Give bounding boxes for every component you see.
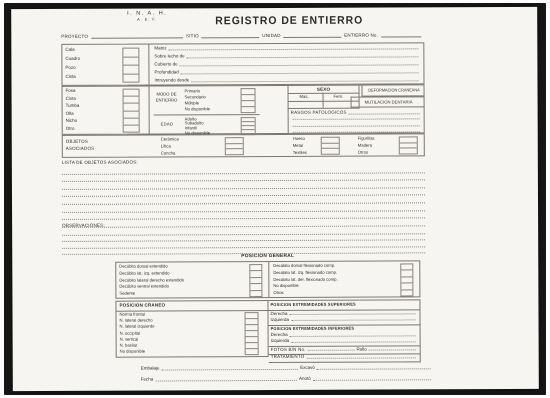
madera-label: Madera bbox=[358, 143, 372, 147]
dotted-line bbox=[313, 378, 431, 381]
sobre-lecho-label: Sobre lecho de bbox=[154, 54, 184, 59]
divider bbox=[148, 45, 149, 85]
extremidades-inf-title: POSICION EXTREMIDADES INFERIORES bbox=[271, 326, 355, 331]
ceramica-label: Cerámica bbox=[161, 137, 179, 141]
dotted-line bbox=[169, 47, 419, 50]
secundario-label: Secundario bbox=[185, 95, 206, 99]
dotted-line bbox=[291, 319, 415, 322]
cubierto-label: Cubierto de bbox=[154, 62, 177, 67]
pozo-label: Pozo bbox=[65, 66, 75, 71]
pg-right-3: Decúbito lat. der. flexionado comp. bbox=[273, 277, 337, 281]
tumba-label: Tumba bbox=[66, 104, 80, 109]
dotted-line bbox=[369, 348, 416, 350]
form-title: REGISTRO DE ENTIERRO bbox=[175, 14, 403, 27]
extremidades-box: POSICION EXTREMIDADES SUPERIORES Derecha… bbox=[268, 299, 420, 363]
lista-objetos-label: LISTA DE OBJETOS ASOCIADOS: bbox=[62, 161, 138, 166]
pg-left-4: Decúbito ventral extendido bbox=[119, 285, 169, 289]
pc-item-2: N. lateral derecho bbox=[120, 319, 153, 323]
pc-item-6: N. basilar bbox=[120, 344, 138, 348]
proyecto-line bbox=[91, 36, 183, 38]
org-block: I. N. A. H. A. E. F. bbox=[115, 10, 179, 21]
sexo-fem-label: Fem. bbox=[334, 95, 344, 99]
dotted-line bbox=[293, 124, 420, 127]
dotted-line bbox=[308, 349, 355, 351]
sitio-label: SITIO bbox=[186, 34, 199, 39]
derecha-label: Derecha bbox=[271, 333, 288, 338]
objetos-label-1: OBJETOS bbox=[66, 140, 88, 145]
metal-label: Metal bbox=[293, 144, 303, 148]
sitio-line bbox=[202, 36, 259, 38]
intruyendo-label: Intruyendo desde bbox=[154, 78, 189, 83]
matriz-label: Matriz bbox=[154, 46, 166, 51]
otros-label: Otros bbox=[358, 150, 368, 154]
sexo-label: SEXO bbox=[288, 87, 360, 92]
cista2-label: Cista bbox=[66, 97, 76, 102]
posicion-general-title: POSICION GENERAL bbox=[115, 253, 420, 259]
dotted-line bbox=[273, 360, 416, 363]
lista-objetos-lines bbox=[62, 165, 425, 227]
dotted-line bbox=[290, 334, 416, 337]
burial-attributes-box: Fosa Cista Tumba Olla Nicho Otro MODO DE… bbox=[62, 84, 425, 135]
mutilacion-label: MUTILACION DENTARIA bbox=[352, 100, 426, 105]
rasgos-line bbox=[291, 124, 422, 128]
tratamiento-line bbox=[271, 360, 418, 364]
checkbox-ladder bbox=[399, 136, 418, 154]
litica-label: Lítica bbox=[161, 144, 171, 148]
pg-left-3: Decúbito lateral derecho extendido bbox=[119, 278, 184, 282]
dotted-line bbox=[155, 378, 297, 381]
sexo-mas-label: Mas. bbox=[300, 95, 309, 99]
checkbox-ladder bbox=[400, 263, 413, 296]
footer-row-1: Embalaje Excavó bbox=[141, 365, 433, 371]
checkbox-ladder bbox=[249, 264, 262, 297]
dotted-line bbox=[181, 71, 419, 74]
unidad-label: UNIDAD bbox=[262, 34, 280, 39]
edad-label: EDAD bbox=[161, 122, 173, 126]
observaciones-label: OBSERVACIONES: bbox=[62, 224, 105, 229]
dotted-line bbox=[62, 219, 425, 228]
matriz-row: Matriz bbox=[154, 45, 420, 51]
multiple-label: Múltiple bbox=[185, 101, 199, 105]
dotted-line bbox=[191, 79, 418, 82]
cala-label: Cala bbox=[65, 48, 74, 53]
divider bbox=[154, 114, 260, 115]
pg-left-1: Decúbito dorsal extendido bbox=[119, 264, 167, 268]
form-page: I. N. A. H. A. E. F. REGISTRO DE ENTIERR… bbox=[11, 7, 539, 391]
rasgos-row: RASGOS PATOLOGICOS bbox=[291, 110, 422, 115]
dotted-line bbox=[291, 340, 415, 343]
proyecto-label: PROYECTO bbox=[61, 35, 88, 40]
primario-label: Primario bbox=[185, 89, 201, 93]
org-subname: A. E. F. bbox=[115, 17, 179, 22]
cista-label: Cista bbox=[65, 75, 75, 80]
entierro-no-label: ENTIERRO No. bbox=[344, 34, 378, 39]
posicion-craneo-box: POSICION CRANEO Norma frontal N. lateral… bbox=[115, 300, 268, 358]
provenience-box: Cala Cuadro Pozo Cista Matriz Sobre lech… bbox=[61, 42, 424, 86]
intruyendo-row: Intruyendo desde bbox=[154, 77, 420, 83]
pc-item-1: Norma frontal bbox=[119, 313, 144, 317]
dotted-line bbox=[349, 112, 420, 114]
sobre-lecho-row: Sobre lecho de bbox=[154, 53, 420, 59]
cubierto-row: Cubierto de bbox=[154, 61, 420, 67]
pg-left-2: Decúbito lat. izq. extendido bbox=[119, 271, 169, 275]
posicion-craneo-title: POSICION CRANEO bbox=[119, 303, 165, 308]
rasgos-label: RASGOS PATOLOGICOS bbox=[291, 111, 347, 116]
tratamiento-row: TRATAMIENTO bbox=[271, 354, 418, 359]
pg-left-5: Sedente bbox=[119, 292, 135, 296]
scanned-screenshot: I. N. A. H. A. E. F. REGISTRO DE ENTIERR… bbox=[0, 0, 550, 398]
divider bbox=[288, 100, 360, 101]
figurillas-label: Figurillas bbox=[358, 137, 375, 141]
pc-item-5: N. vertical bbox=[120, 337, 139, 341]
unidad-line bbox=[284, 35, 341, 37]
deformacion-box: DEFORMACION CRANEANA bbox=[362, 85, 425, 96]
tratamiento-label: TRATAMIENTO bbox=[271, 355, 305, 360]
objetos-label-2: ASOCIADOS bbox=[66, 147, 95, 152]
pc-item-3: N. lateral izquierdo bbox=[120, 325, 155, 329]
embalaje-label: Embalaje bbox=[141, 367, 160, 372]
olla-label: Olla bbox=[66, 112, 74, 117]
posicion-general-box: Decúbito dorsal extendido Decúbito lat. … bbox=[115, 260, 420, 298]
izquierda-label: Izquierda bbox=[271, 339, 290, 344]
checkbox-ladder bbox=[321, 137, 340, 155]
modo-nd-label: No disponible bbox=[185, 107, 210, 111]
checkbox-ladder bbox=[123, 89, 140, 133]
checkbox-ladder bbox=[241, 117, 256, 135]
profundidad-row: Profundidad bbox=[154, 69, 420, 75]
nicho-label: Nicho bbox=[66, 119, 78, 124]
entierro-no-line bbox=[381, 35, 421, 37]
rollo-label: Rollo bbox=[357, 347, 367, 352]
pc-item-4: N. occipital bbox=[120, 331, 141, 335]
rasgos-line bbox=[291, 117, 422, 121]
fosa-label: Fosa bbox=[66, 89, 76, 94]
divider bbox=[268, 262, 269, 297]
derecha-label: Derecha bbox=[270, 311, 287, 316]
objetos-asociados-box: OBJETOS ASOCIADOS Cerámica Lítica Concha… bbox=[62, 133, 425, 158]
observaciones-lines bbox=[62, 227, 425, 255]
excavo-label: Excavó bbox=[300, 366, 315, 371]
footer-row-2: Fecha Anotó bbox=[141, 376, 433, 382]
pc-item-7: No disponible bbox=[120, 350, 145, 354]
sup-izquierda-row: Izquierda bbox=[271, 317, 418, 322]
dotted-line bbox=[162, 367, 299, 370]
extremidades-sup-title: POSICION EXTREMIDADES SUPERIORES bbox=[270, 303, 355, 308]
textiles-label: Textiles bbox=[293, 150, 307, 154]
checkbox-ladder bbox=[244, 312, 258, 355]
inf-izquierda-row: Izquierda bbox=[271, 339, 418, 344]
dotted-line bbox=[293, 117, 420, 120]
concha-label: Concha bbox=[161, 151, 175, 155]
dotted-line bbox=[180, 63, 419, 66]
mutilacion-box: MUTILACION DENTARIA bbox=[351, 96, 425, 107]
pg-right-4: No disponible bbox=[273, 284, 298, 288]
otro-label: Otro bbox=[66, 127, 75, 132]
pg-right-5: Otros bbox=[273, 291, 283, 295]
sup-derecha-row: Derecha bbox=[270, 311, 417, 316]
checkbox-ladder bbox=[122, 48, 139, 83]
dotted-line bbox=[187, 55, 419, 58]
fotos-label: FOTOS B/N No. bbox=[271, 347, 306, 352]
dotted-line bbox=[290, 312, 416, 315]
cuadro-label: Cuadro bbox=[65, 57, 80, 62]
hueso-label: Hueso bbox=[293, 137, 305, 141]
divider bbox=[149, 87, 150, 134]
dotted-line bbox=[306, 356, 415, 358]
inf-derecha-row: Derecha bbox=[271, 332, 418, 337]
fecha-label: Fecha bbox=[141, 378, 154, 383]
deformacion-label: DEFORMACION CRANEANA bbox=[365, 88, 423, 92]
sexo-box: SEXO Mas. Fem. bbox=[288, 86, 360, 109]
izquierda-label: Izquierda bbox=[271, 318, 290, 323]
anoto-label: Anotó bbox=[299, 377, 311, 382]
pg-right-1: Decúbito dorsal flexionado comp. bbox=[273, 264, 335, 268]
checkbox-ladder bbox=[225, 137, 244, 155]
modo-entierro-label: MODO DE ENTIERRO bbox=[154, 91, 180, 104]
pg-right-2: Decúbito lat. izq. flexionado comp. bbox=[273, 271, 337, 275]
checkbox-ladder bbox=[241, 88, 256, 113]
profundidad-label: Profundidad bbox=[154, 70, 178, 75]
dotted-line bbox=[317, 367, 431, 369]
fotos-row: FOTOS B/N No. Rollo bbox=[271, 347, 418, 352]
top-field-row: PROYECTO SITIO UNIDAD ENTIERRO No. bbox=[61, 33, 424, 39]
